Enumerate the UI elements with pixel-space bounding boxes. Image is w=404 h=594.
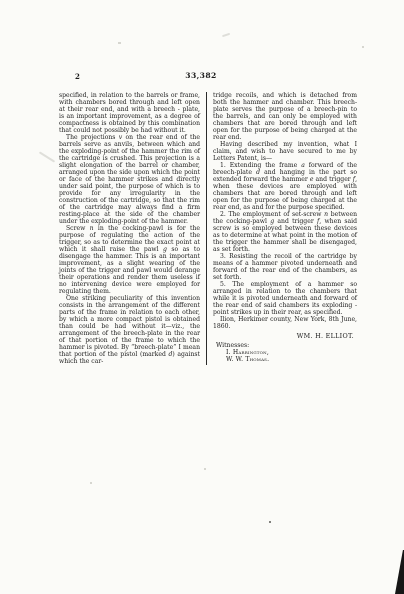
witnesses-label: Witnesses:	[213, 342, 357, 349]
witnesses-block: Witnesses: I. Harrington, W. W. Thomas.	[213, 342, 357, 363]
scan-smudge	[39, 151, 55, 162]
body-paragraph: Screw n in the cocking-pawl is for the p…	[59, 225, 200, 295]
patent-number: 33,382	[60, 71, 342, 80]
claim-paragraph: 3. Resisting the recoil of the cartridge…	[213, 253, 357, 281]
right-column: tridge recoils, and which is detached fr…	[213, 92, 357, 365]
claim-paragraph: 2. The employment of set-screw n between…	[213, 211, 357, 253]
scan-speck	[362, 46, 364, 48]
page-number: 2	[75, 72, 80, 81]
claim-paragraph: 5. The employment of a hammer so arrange…	[213, 281, 357, 316]
text-columns: specified, in relation to the barrels or…	[59, 92, 357, 365]
column-divider	[206, 92, 207, 365]
scan-corner-blob	[395, 550, 404, 594]
ink-dot	[269, 521, 271, 523]
scan-smudge	[222, 33, 230, 37]
body-paragraph: tridge recoils, and which is detached fr…	[213, 92, 357, 141]
witness-name: I. Harrington,	[213, 349, 357, 356]
scan-speck	[90, 482, 92, 484]
scan-speck	[118, 42, 121, 44]
body-paragraph: specified, in relation to the barrels or…	[59, 92, 200, 134]
dateline-paragraph: Ilion, Herkimer county, New York, 8th Ju…	[213, 316, 357, 330]
witness-name: W. W. Thomas.	[213, 356, 357, 363]
page-header: 2 33,382	[60, 71, 342, 83]
inventor-signature: WM. H. ELLIOT.	[213, 332, 357, 340]
scan-speck	[204, 468, 206, 470]
left-column: specified, in relation to the barrels or…	[59, 92, 200, 365]
body-paragraph: The projections v on the rear end of the…	[59, 134, 200, 225]
claims-intro-paragraph: Having described my invention, what I cl…	[213, 141, 357, 162]
scan-speck	[310, 92, 312, 94]
claim-paragraph: 1. Extending the frame a forward of the …	[213, 162, 357, 211]
body-paragraph: One striking peculiarity of this inventi…	[59, 295, 200, 365]
patent-page-scan: 2 33,382 specified, in relation to the b…	[0, 0, 404, 594]
